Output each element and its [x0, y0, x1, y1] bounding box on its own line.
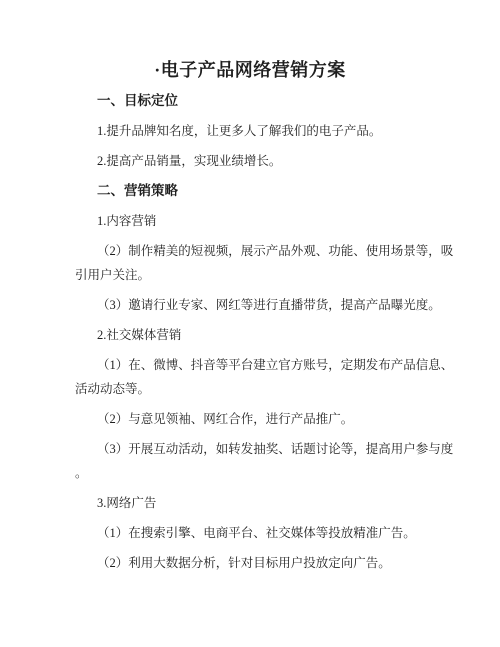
paragraph-line: （3）邀请行业专家、网红等进行直播带货，提高产品曝光度。 — [75, 293, 475, 317]
paragraph-line: （1）在搜索引擎、电商平台、社交媒体等投放精准广告。 — [75, 521, 475, 545]
section-heading-goal-positioning: 一、目标定位 — [75, 89, 475, 113]
strategy-content-marketing: 1.内容营销 — [75, 209, 475, 233]
social-media-item-3: （3）开展互动活动，如转发抽奖、话题讨论等，提高用户参与度 。 — [75, 437, 475, 485]
strategy-online-ads: 3.网络广告 — [75, 491, 475, 515]
document-body: 一、目标定位 1.提升品牌知名度，让更多人了解我们的电子产品。 2.提高产品销量… — [0, 89, 500, 575]
online-ads-item-2: （2）利用大数据分析，针对目标用户投放定向广告。 — [75, 551, 475, 575]
paragraph-line: （1）在、微博、抖音等平台建立官方账号，定期发布产品信息、 — [75, 353, 475, 377]
paragraph-line: （3）开展互动活动，如转发抽奖、话题讨论等，提高用户参与度 — [75, 437, 475, 461]
online-ads-item-1: （1）在搜索引擎、电商平台、社交媒体等投放精准广告。 — [75, 521, 475, 545]
paragraph-line: 1.内容营销 — [75, 209, 475, 233]
paragraph-line: 3.网络广告 — [75, 491, 475, 515]
document-page: ·电子产品网络营销方案 一、目标定位 1.提升品牌知名度，让更多人了解我们的电子… — [0, 0, 500, 647]
paragraph-line: （2）与意见领袖、网红合作，进行产品推广。 — [75, 407, 475, 431]
paragraph-line: （2）利用大数据分析，针对目标用户投放定向广告。 — [75, 551, 475, 575]
content-marketing-item-3: （3）邀请行业专家、网红等进行直播带货，提高产品曝光度。 — [75, 293, 475, 317]
social-media-item-1: （1）在、微博、抖音等平台建立官方账号，定期发布产品信息、 活动动态等。 — [75, 353, 475, 401]
goal-item-1: 1.提升品牌知名度，让更多人了解我们的电子产品。 — [75, 119, 475, 143]
content-marketing-item-2: （2）制作精美的短视频，展示产品外观、功能、使用场景等，吸 引用户关注。 — [75, 239, 475, 287]
paragraph-line: 2.提高产品销量，实现业绩增长。 — [75, 149, 475, 173]
strategy-social-media: 2.社交媒体营销 — [75, 323, 475, 347]
social-media-item-2: （2）与意见领袖、网红合作，进行产品推广。 — [75, 407, 475, 431]
section-1: 一、目标定位 — [75, 89, 475, 113]
section-heading-marketing-strategy: 二、营销策略 — [75, 179, 475, 203]
paragraph-line-continuation: 引用户关注。 — [75, 263, 475, 287]
paragraph-line-continuation: 活动动态等。 — [75, 377, 475, 401]
paragraph-line: 1.提升品牌知名度，让更多人了解我们的电子产品。 — [75, 119, 475, 143]
paragraph-line: 2.社交媒体营销 — [75, 323, 475, 347]
section-2: 二、营销策略 — [75, 179, 475, 203]
paragraph-line-continuation: 。 — [75, 461, 475, 485]
document-title: ·电子产品网络营销方案 — [0, 57, 500, 83]
paragraph-line: （2）制作精美的短视频，展示产品外观、功能、使用场景等，吸 — [75, 239, 475, 263]
goal-item-2: 2.提高产品销量，实现业绩增长。 — [75, 149, 475, 173]
